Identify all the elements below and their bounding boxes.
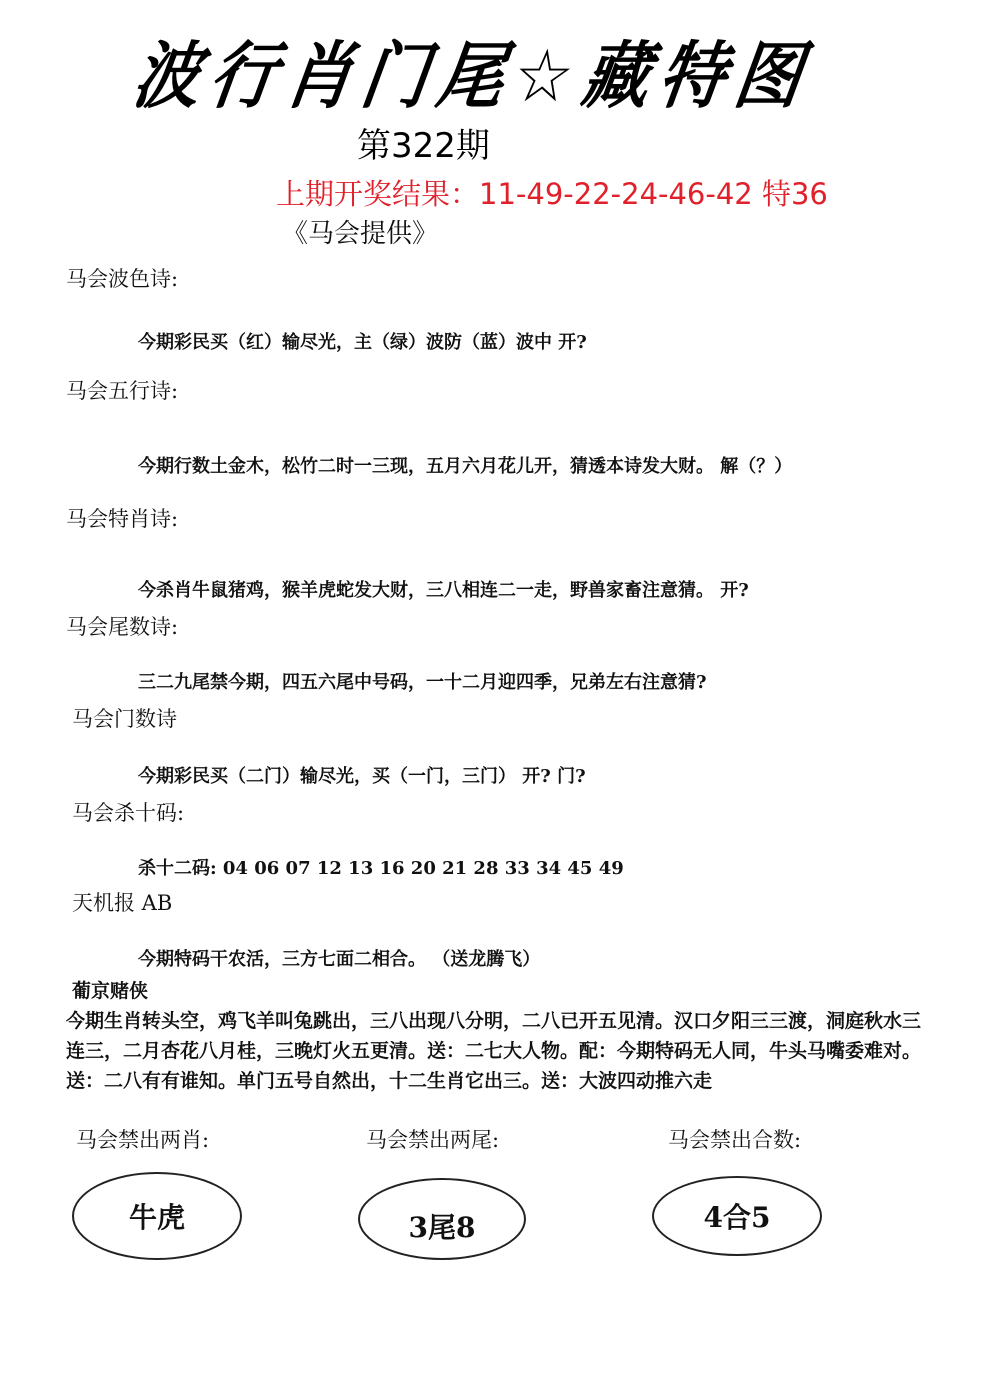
forbidden-label-sum: 马会禁出合数: (668, 1124, 801, 1154)
section-text-gate-number: 今期彩民买（二门）输尽光，买（一门，三门） 开? 门? (138, 762, 586, 788)
section-text-special-zodiac: 今杀肖牛鼠猪鸡，猴羊虎蛇发大财，三八相连二一走，野兽家畜注意猜。 开? (138, 576, 749, 602)
section-text-kill-numbers: 杀十二码: 04 06 07 12 13 16 20 21 28 33 34 4… (138, 854, 624, 880)
forbidden-label-zodiac: 马会禁出两肖: (76, 1124, 209, 1154)
section-text-five-elements: 今期行数土金木，松竹二时一三现，五月六月花儿开，猜透本诗发大财。 解（？） (138, 452, 792, 478)
section-label-wave-color: 马会波色诗: (66, 263, 178, 293)
section-label-special-zodiac: 马会特肖诗: (66, 503, 178, 533)
page-title: 波行肖门尾☆藏特图 (128, 17, 820, 122)
provider: 《马会提供》 (282, 213, 438, 250)
last-result-numbers: 11-49-22-24-46-42 (479, 177, 753, 211)
forbidden-value-tail: 3尾8 (409, 1192, 476, 1246)
last-result-special: 特36 (762, 177, 828, 211)
forbidden-oval-sum: 4合5 (652, 1176, 822, 1256)
section-label-tianjibao: 天机报 AB (72, 887, 172, 917)
forbidden-value-sum: 4合5 (704, 1196, 771, 1236)
last-result: 上期开奖结果：11-49-22-24-46-42 特36 (276, 172, 828, 213)
section-label-kill-numbers: 马会杀十码: (72, 797, 184, 827)
gambler-text: 今期生肖转头空，鸡飞羊叫兔跳出，三八出现八分明，二八已开五见清。汉口夕阳三三渡，… (66, 1006, 926, 1096)
forbidden-oval-zodiac: 牛虎 (72, 1172, 242, 1260)
gambler-label: 葡京赌侠 (72, 976, 148, 1003)
section-label-gate-number: 马会门数诗 (72, 703, 177, 733)
forbidden-oval-tail: 3尾8 (358, 1178, 526, 1260)
section-text-wave-color: 今期彩民买（红）输尽光，主（绿）波防（蓝）波中 开? (138, 328, 587, 354)
section-label-tail-number: 马会尾数诗: (66, 611, 178, 641)
forbidden-value-zodiac: 牛虎 (129, 1196, 185, 1236)
last-result-label: 上期开奖结果： (276, 177, 479, 211)
section-text-tail-number: 三二九尾禁今期，四五六尾中号码，一十二月迎四季，兄弟左右注意猜? (138, 668, 707, 694)
forbidden-label-tail: 马会禁出两尾: (366, 1124, 499, 1154)
section-text-tianjibao: 今期特码干农活，三方七面二相合。 （送龙腾飞） (138, 945, 540, 971)
section-label-five-elements: 马会五行诗: (66, 375, 178, 405)
issue-number: 第322期 (357, 118, 490, 167)
